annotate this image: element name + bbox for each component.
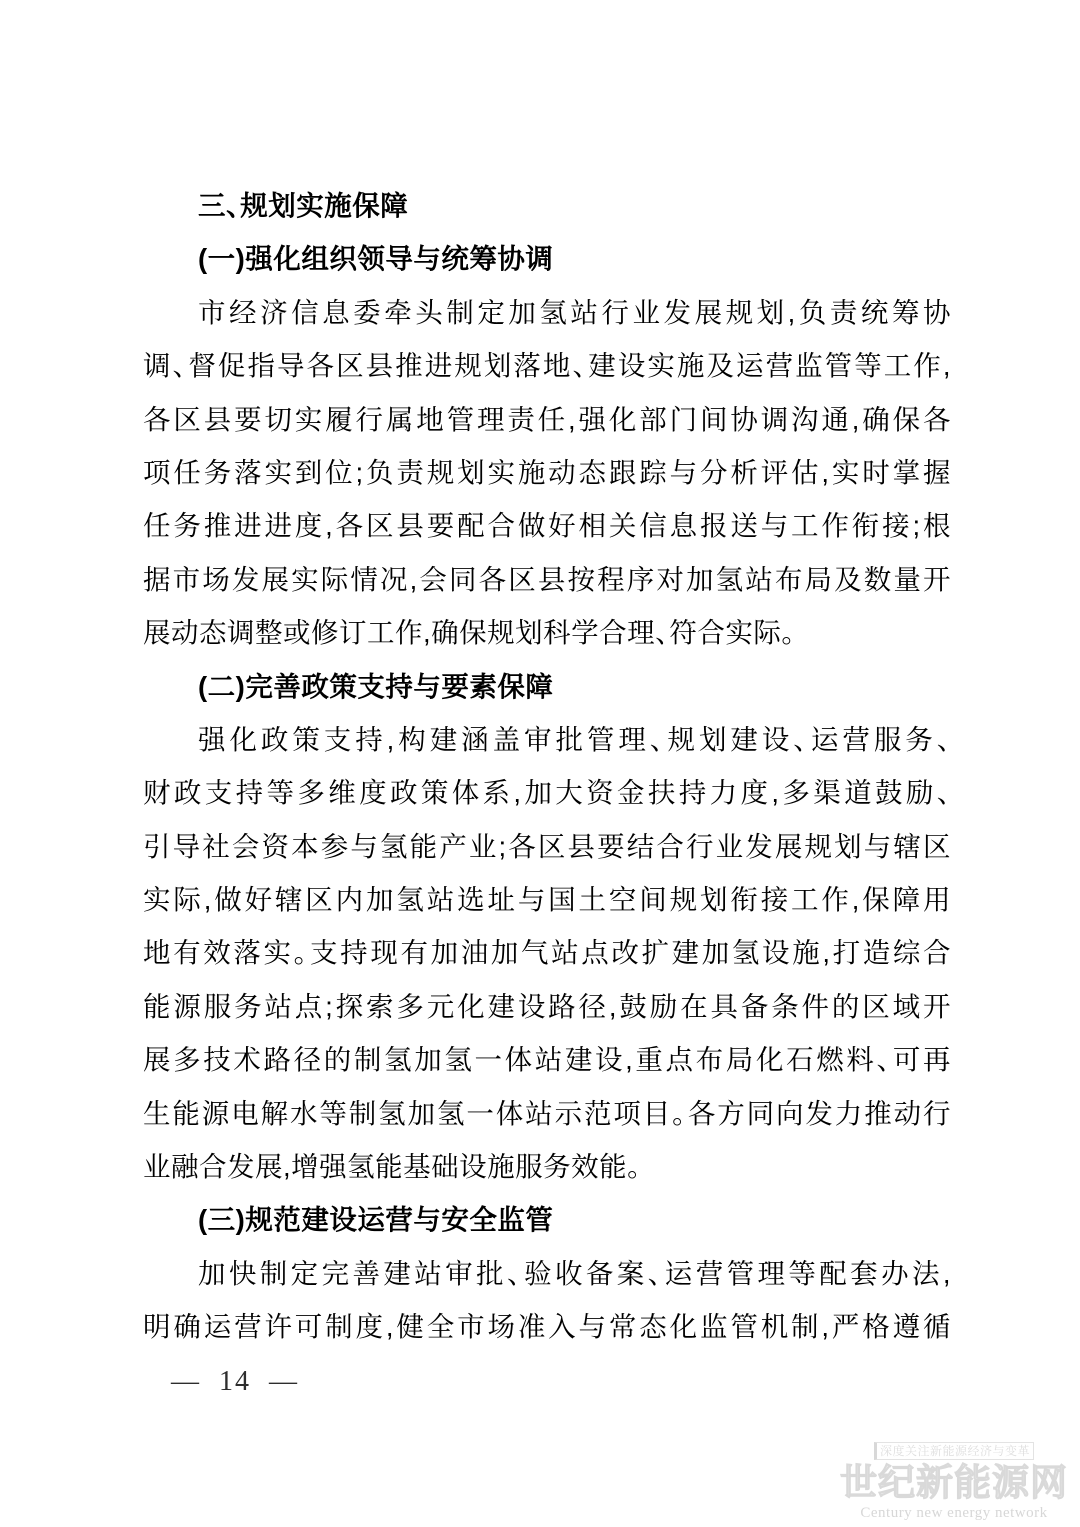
body-line: 调、督促指导各区县推进规划落地、建设实施及运营监管等工作,	[143, 339, 951, 392]
body-line: 财政支持等多维度政策体系,加大资金扶持力度,多渠道鼓励、	[143, 766, 951, 819]
body-line: 展多技术路径的制氢加氢一体站建设,重点布局化石燃料、可再	[143, 1033, 951, 1086]
body-line: 各区县要切实履行属地管理责任,强化部门间协调沟通,确保各	[143, 393, 951, 446]
subsection-heading: (二)完善政策支持与要素保障	[143, 660, 951, 713]
document-page: 三、规划实施保障 (一)强化组织领导与统筹协调 市经济信息委牵头制定加氢站行业发…	[0, 0, 1080, 1527]
body-line: 业融合发展,增强氢能基础设施服务效能。	[143, 1140, 951, 1193]
body-line: 任务推进进度,各区县要配合做好相关信息报送与工作衔接;根	[143, 499, 951, 552]
body-line: 据市场发展实际情况,会同各区县按程序对加氢站布局及数量开	[143, 553, 951, 606]
body-line: 加快制定完善建站审批、验收备案、运营管理等配套办法,	[143, 1247, 951, 1300]
body-line: 强化政策支持,构建涵盖审批管理、规划建设、运营服务、	[143, 713, 951, 766]
body-line: 实际,做好辖区内加氢站选址与国土空间规划衔接工作,保障用	[143, 873, 951, 926]
document-body: 三、规划实施保障 (一)强化组织领导与统筹协调 市经济信息委牵头制定加氢站行业发…	[143, 179, 951, 1354]
body-line: 生能源电解水等制氢加氢一体站示范项目。各方同向发力推动行	[143, 1087, 951, 1140]
body-line: 展动态调整或修订工作,确保规划科学合理、符合实际。	[143, 606, 951, 659]
page-number: — 14 —	[171, 1366, 299, 1398]
body-line: 明确运营许可制度,健全市场准入与常态化监管机制,严格遵循	[143, 1300, 951, 1353]
subsection-heading: (一)强化组织领导与统筹协调	[143, 232, 951, 285]
watermark: 深度关注新能源经济与变革 世纪新能源网 Century new energy n…	[834, 1442, 1074, 1522]
body-line: 市经济信息委牵头制定加氢站行业发展规划,负责统筹协	[143, 286, 951, 339]
body-line: 项任务落实到位;负责规划实施动态跟踪与分析评估,实时掌握	[143, 446, 951, 499]
subsection-heading: (三)规范建设运营与安全监管	[143, 1193, 951, 1246]
body-line: 能源服务站点;探索多元化建设路径,鼓励在具备条件的区域开	[143, 980, 951, 1033]
body-line: 地有效落实。支持现有加油加气站点改扩建加氢设施,打造综合	[143, 926, 951, 979]
watermark-subtitle: Century new energy network	[834, 1504, 1074, 1522]
watermark-tagline: 深度关注新能源经济与变革	[874, 1442, 1034, 1460]
section-heading: 三、规划实施保障	[143, 179, 951, 232]
watermark-title: 世纪新能源网	[834, 1462, 1074, 1504]
body-line: 引导社会资本参与氢能产业;各区县要结合行业发展规划与辖区	[143, 820, 951, 873]
